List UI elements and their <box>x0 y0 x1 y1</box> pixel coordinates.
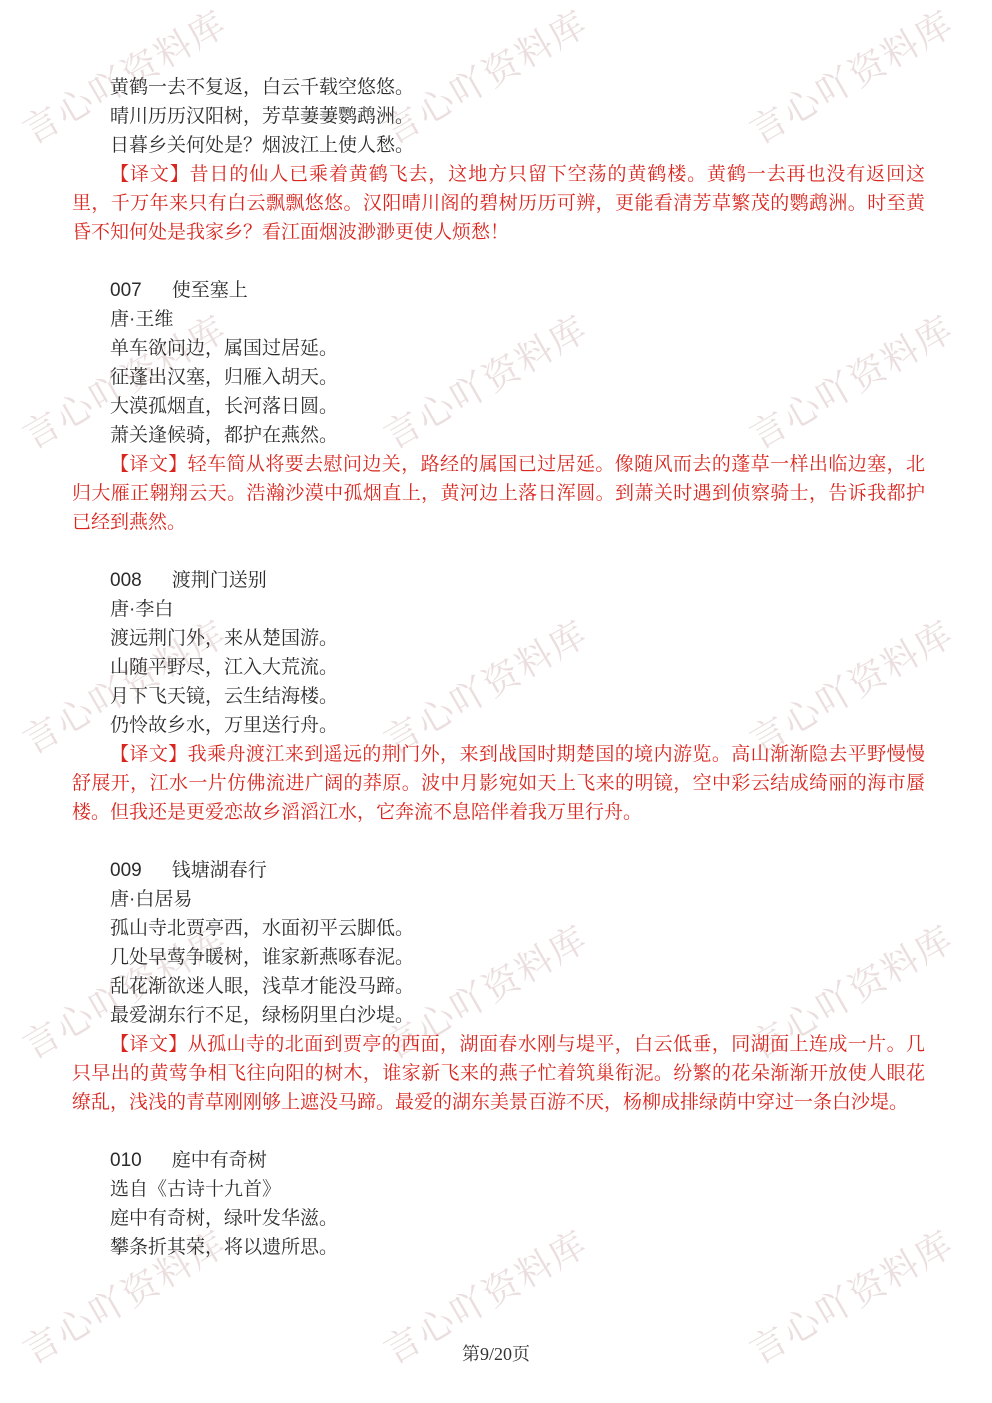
poem-title-line: 010庭中有奇树 <box>72 1146 925 1175</box>
poem-line: 乱花渐欲迷人眼，浅草才能没马蹄。 <box>72 972 925 1001</box>
poem-number: 008 <box>110 566 142 595</box>
document-page: 言心吖资料库 言心吖资料库 言心吖资料库 言心吖资料库 言心吖资料库 言心吖资料… <box>0 0 992 1403</box>
translation-paragraph: 【译文】我乘舟渡江来到遥远的荆门外，来到战国时期楚国的境内游览。高山渐渐隐去平野… <box>72 740 925 827</box>
poem-author: 唐·白居易 <box>72 885 925 914</box>
poem-line: 大漠孤烟直，长河落日圆。 <box>72 392 925 421</box>
translation-paragraph: 【译文】昔日的仙人已乘着黄鹤飞去，这地方只留下空荡的黄鹤楼。黄鹤一去再也没有返回… <box>72 160 925 247</box>
poem-number: 009 <box>110 856 142 885</box>
poem-author: 唐·王维 <box>72 305 925 334</box>
poem-section-006-tail: 黄鹤一去不复返，白云千载空悠悠。 晴川历历汉阳树，芳草萋萋鹦鹉洲。 日暮乡关何处… <box>72 73 925 247</box>
page-number: 第9/20页 <box>0 1340 992 1366</box>
poem-author: 唐·李白 <box>72 595 925 624</box>
poem-line: 晴川历历汉阳树，芳草萋萋鹦鹉洲。 <box>72 102 925 131</box>
poem-line: 攀条折其荣，将以遗所思。 <box>72 1233 925 1262</box>
translation-paragraph: 【译文】从孤山寺的北面到贾亭的西面，湖面春水刚与堤平，白云低垂，同湖面上连成一片… <box>72 1030 925 1117</box>
poem-title-line: 007使至塞上 <box>72 276 925 305</box>
poem-line: 黄鹤一去不复返，白云千载空悠悠。 <box>72 73 925 102</box>
poem-number: 010 <box>110 1146 142 1175</box>
poem-title: 渡荆门送别 <box>172 570 267 591</box>
poem-line: 山随平野尽，江入大荒流。 <box>72 653 925 682</box>
poem-section-008: 008渡荆门送别 唐·李白 渡远荆门外，来从楚国游。 山随平野尽，江入大荒流。 … <box>72 566 925 827</box>
poem-number: 007 <box>110 276 142 305</box>
poem-line: 几处早莺争暖树，谁家新燕啄春泥。 <box>72 943 925 972</box>
poem-line: 日暮乡关何处是？烟波江上使人愁。 <box>72 131 925 160</box>
poem-line: 孤山寺北贾亭西，水面初平云脚低。 <box>72 914 925 943</box>
poem-title-line: 009钱塘湖春行 <box>72 856 925 885</box>
poem-line: 庭中有奇树，绿叶发华滋。 <box>72 1204 925 1233</box>
poem-title: 使至塞上 <box>172 280 248 301</box>
poem-line: 月下飞天镜，云生结海楼。 <box>72 682 925 711</box>
poem-line: 最爱湖东行不足，绿杨阴里白沙堤。 <box>72 1001 925 1030</box>
poem-title: 钱塘湖春行 <box>172 860 267 881</box>
poem-line: 渡远荆门外，来从楚国游。 <box>72 624 925 653</box>
page-content: 黄鹤一去不复返，白云千载空悠悠。 晴川历历汉阳树，芳草萋萋鹦鹉洲。 日暮乡关何处… <box>72 73 925 1262</box>
poem-line: 征蓬出汉塞，归雁入胡天。 <box>72 363 925 392</box>
poem-title: 庭中有奇树 <box>172 1150 267 1171</box>
translation-paragraph: 【译文】轻车简从将要去慰问边关，路经的属国已过居延。像随风而去的蓬草一样出临边塞… <box>72 450 925 537</box>
poem-section-007: 007使至塞上 唐·王维 单车欲问边，属国过居延。 征蓬出汉塞，归雁入胡天。 大… <box>72 276 925 537</box>
poem-line: 仍怜故乡水，万里送行舟。 <box>72 711 925 740</box>
poem-line: 单车欲问边，属国过居延。 <box>72 334 925 363</box>
poem-title-line: 008渡荆门送别 <box>72 566 925 595</box>
poem-line: 萧关逢候骑，都护在燕然。 <box>72 421 925 450</box>
poem-source: 选自《古诗十九首》 <box>72 1175 925 1204</box>
poem-section-009: 009钱塘湖春行 唐·白居易 孤山寺北贾亭西，水面初平云脚低。 几处早莺争暖树，… <box>72 856 925 1117</box>
poem-section-010: 010庭中有奇树 选自《古诗十九首》 庭中有奇树，绿叶发华滋。 攀条折其荣，将以… <box>72 1146 925 1262</box>
